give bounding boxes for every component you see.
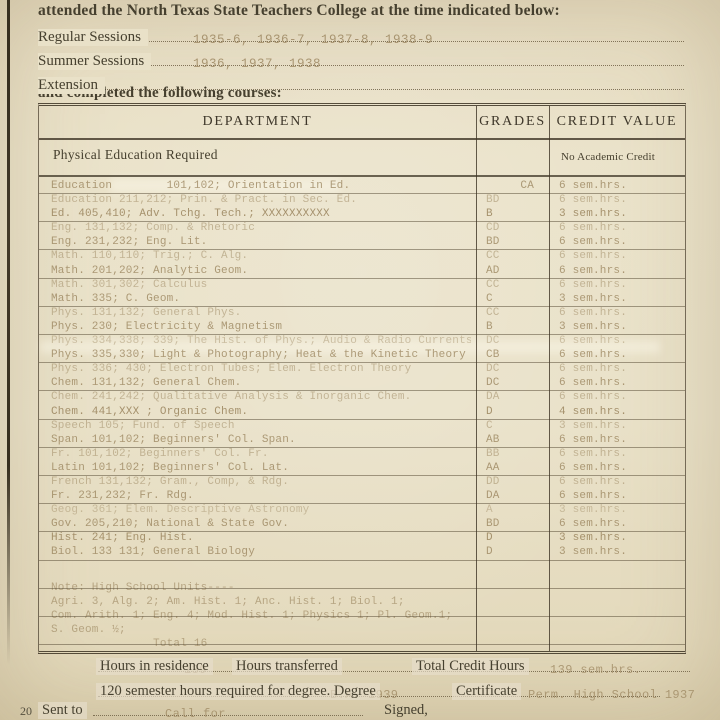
department-cell: Math. 110,110; Trig.; C. Alg. xyxy=(51,249,471,263)
table-row: Phys. 334,338; 339; The Hist. of Phys.; … xyxy=(39,334,685,348)
grade-cell: AD xyxy=(486,264,546,278)
ruled-line xyxy=(39,221,685,222)
header-line: attended the North Texas State Teachers … xyxy=(38,2,560,20)
table-row: Gov. 205,210; National & State Gov.BD6 s… xyxy=(39,517,685,531)
department-cell: Gov. 205,210; National & State Gov. xyxy=(51,517,471,531)
table-row: Fr. 231,232; Fr. Rdg.DA6 sem.hrs. xyxy=(39,489,685,503)
table-row: Speech 105; Fund. of SpeechC3 sem.hrs. xyxy=(39,419,685,433)
table-row: Math. 201,202; Analytic Geom.AD6 sem.hrs… xyxy=(39,264,685,278)
table-row: Span. 101,102; Beginners' Col. Span.AB6 … xyxy=(39,433,685,447)
ruled-line xyxy=(39,362,685,363)
table-row: Math. 110,110; Trig.; C. Alg.CC6 sem.hrs… xyxy=(39,249,685,263)
grade-cell: DC xyxy=(486,362,546,376)
department-cell: Education 101,102; Orientation in Ed. xyxy=(51,179,471,193)
credit-cell: 6 sem.hrs. xyxy=(559,433,681,447)
department-cell: Phys. 336; 430; Electron Tubes; Elem. El… xyxy=(51,362,471,376)
credit-cell: 3 sem.hrs. xyxy=(559,419,681,433)
credit-cell: 3 sem.hrs. xyxy=(559,207,681,221)
ruled-line xyxy=(39,588,685,589)
grade-cell: DA xyxy=(486,390,546,404)
pe-credit: No Academic Credit xyxy=(561,151,655,163)
page-number: 20 xyxy=(20,704,32,719)
credit-cell: 6 sem.hrs. xyxy=(559,517,681,531)
credit-cell: 6 sem.hrs. xyxy=(559,193,681,207)
department-cell: Chem. 131,132; General Chem. xyxy=(51,376,471,390)
department-cell: Eng. 231,232; Eng. Lit. xyxy=(51,235,471,249)
ruled-line xyxy=(39,447,685,448)
table-row: Chem. 241,242; Qualitative Analysis & In… xyxy=(39,390,685,404)
sent-to-line: Sent to Call for Signed, xyxy=(38,699,700,720)
ruled-line xyxy=(39,306,685,307)
table-row: Phys. 336; 430; Electron Tubes; Elem. El… xyxy=(39,362,685,376)
credit-cell: 3 sem.hrs. xyxy=(559,545,681,559)
grade-cell: DC xyxy=(486,334,546,348)
column-divider xyxy=(549,106,550,651)
department-cell: Phys. 334,338; 339; The Hist. of Phys.; … xyxy=(51,334,471,348)
credit-cell: 6 sem.hrs. xyxy=(559,376,681,390)
grade-cell: C xyxy=(486,419,546,433)
scan-edge-line xyxy=(7,0,10,665)
grade-cell: DC xyxy=(486,376,546,390)
credit-cell: 6 sem.hrs. xyxy=(559,221,681,235)
department-cell: Chem. 441,XXX ; Organic Chem. xyxy=(51,405,471,419)
grade-cell: B xyxy=(486,207,546,221)
grade-cell: D xyxy=(486,405,546,419)
credit-cell: 6 sem.hrs. xyxy=(559,235,681,249)
credit-column-header: CREDIT VALUE xyxy=(549,114,685,130)
department-column-header: DEPARTMENT xyxy=(39,114,476,130)
table-row: Latin 101,102; Beginners' Col. Lat.AA6 s… xyxy=(39,461,685,475)
table-row: Hist. 241; Eng. Hist.D3 sem.hrs. xyxy=(39,531,685,545)
credit-cell: 6 sem.hrs. xyxy=(559,390,681,404)
department-cell: Phys. 131,132; General Phys. xyxy=(51,306,471,320)
department-cell: Phys. 335,330; Light & Photography; Heat… xyxy=(51,348,471,362)
department-cell: Ed. 405,410; Adv. Tchg. Tech.; XXXXXXXXX… xyxy=(51,207,471,221)
note-line: Agri. 3, Alg. 2; Am. Hist. 1; Anc. Hist.… xyxy=(39,595,685,609)
ruled-line xyxy=(39,419,685,420)
grade-cell: CC xyxy=(486,249,546,263)
table-row: Biol. 133 131; General BiologyD3 sem.hrs… xyxy=(39,545,685,559)
ruled-line xyxy=(39,390,685,391)
department-cell: Math. 201,202; Analytic Geom. xyxy=(51,264,471,278)
table-header: DEPARTMENT GRADES CREDIT VALUE xyxy=(39,106,685,140)
table-row: Math. 335; C. Geom.C3 sem.hrs. xyxy=(39,292,685,306)
column-divider xyxy=(476,106,477,651)
credit-cell: 6 sem.hrs. xyxy=(559,179,681,193)
hours-residence-label: Hours in residence xyxy=(96,658,213,675)
session-field-row: Summer Sessions1936, 1937, 1938 xyxy=(38,48,700,72)
ruled-line xyxy=(39,475,685,476)
department-cell: Biol. 133 131; General Biology xyxy=(51,545,471,559)
grade-cell: CA xyxy=(486,179,546,193)
scanned-transcript-page: { "header": { "line1": "attended the Nor… xyxy=(0,0,720,720)
table-row: Phys. 131,132; General Phys.CC6 sem.hrs. xyxy=(39,306,685,320)
credit-cell: 6 sem.hrs. xyxy=(559,489,681,503)
ruled-line xyxy=(39,616,685,617)
credit-cell: 6 sem.hrs. xyxy=(559,306,681,320)
certificate-label: Certificate xyxy=(452,683,521,700)
signed-label: Signed, xyxy=(380,702,432,719)
table-row: Fr. 101,102; Beginners' Col. Fr.BB6 sem.… xyxy=(39,447,685,461)
department-cell: Education 211,212; Prin. & Pract. in Sec… xyxy=(51,193,471,207)
department-cell: Hist. 241; Eng. Hist. xyxy=(51,531,471,545)
grade-cell: CD xyxy=(486,221,546,235)
table-row: Eng. 231,232; Eng. Lit.BD6 sem.hrs. xyxy=(39,235,685,249)
grade-cell: AA xyxy=(486,461,546,475)
course-table: DEPARTMENT GRADES CREDIT VALUE Physical … xyxy=(38,103,686,654)
table-row: Chem. 441,XXX ; Organic Chem.D4 sem.hrs. xyxy=(39,405,685,419)
hours-transferred-label: Hours transferred xyxy=(232,658,342,675)
credit-cell: 6 sem.hrs. xyxy=(559,334,681,348)
credit-cell: 3 sem.hrs. xyxy=(559,292,681,306)
sent-to-value: Call for xyxy=(165,707,226,720)
grade-cell: D xyxy=(486,545,546,559)
sent-to-label: Sent to xyxy=(38,702,87,719)
ruled-line xyxy=(39,249,685,250)
certificate-value: Perm. High School 1937 xyxy=(528,688,695,702)
dotted-leader xyxy=(93,715,363,716)
grade-cell: A xyxy=(486,503,546,517)
credit-cell: 6 sem.hrs. xyxy=(559,249,681,263)
ruled-line xyxy=(39,503,685,504)
table-row: Phys. 230; Electricity & MagnetismB3 sem… xyxy=(39,320,685,334)
department-cell: Chem. 241,242; Qualitative Analysis & In… xyxy=(51,390,471,404)
credit-cell: 6 sem.hrs. xyxy=(559,447,681,461)
pe-label: Physical Education Required xyxy=(53,147,218,163)
table-row: French 131,132; Gram., Comp, & Rdg.DD6 s… xyxy=(39,475,685,489)
field-label: Extension xyxy=(38,77,105,94)
table-row: Eng. 131,132; Comp. & RhetoricCD6 sem.hr… xyxy=(39,221,685,235)
degree-label: 120 semester hours required for degree. … xyxy=(96,683,380,700)
department-cell: Phys. 230; Electricity & Magnetism xyxy=(51,320,471,334)
grade-cell: BD xyxy=(486,517,546,531)
credit-cell: 4 sem.hrs. xyxy=(559,405,681,419)
table-row: Geog. 361; Elem. Descriptive AstronomyA3… xyxy=(39,503,685,517)
ruled-line xyxy=(39,531,685,532)
grade-cell: B xyxy=(486,320,546,334)
field-value: 1936, 1937, 1938 xyxy=(193,57,321,71)
ruled-line xyxy=(39,334,685,335)
grade-cell: C xyxy=(486,292,546,306)
physical-education-row: Physical Education Required No Academic … xyxy=(39,138,685,177)
grade-cell: CC xyxy=(486,278,546,292)
table-row: Ed. 405,410; Adv. Tchg. Tech.; XXXXXXXXX… xyxy=(39,207,685,221)
table-row: Education 211,212; Prin. & Pract. in Sec… xyxy=(39,193,685,207)
table-row: Chem. 131,132; General Chem.DC6 sem.hrs. xyxy=(39,376,685,390)
department-cell: Math. 335; C. Geom. xyxy=(51,292,471,306)
credit-cell: 6 sem.hrs. xyxy=(559,264,681,278)
department-cell: French 131,132; Gram., Comp, & Rdg. xyxy=(51,475,471,489)
ruled-line xyxy=(39,560,685,561)
credit-cell: 6 sem.hrs. xyxy=(559,461,681,475)
department-cell: Latin 101,102; Beginners' Col. Lat. xyxy=(51,461,471,475)
department-cell: Span. 101,102; Beginners' Col. Span. xyxy=(51,433,471,447)
grade-cell: DA xyxy=(486,489,546,503)
credit-cell: 6 sem.hrs. xyxy=(559,278,681,292)
grades-column-header: GRADES xyxy=(476,114,549,130)
grade-cell: DD xyxy=(486,475,546,489)
grade-cell: CC xyxy=(486,306,546,320)
credit-cell: 6 sem.hrs. xyxy=(559,362,681,376)
total-credit-hours-value: 139 sem.hrs. xyxy=(550,663,641,677)
field-label: Summer Sessions xyxy=(38,53,151,70)
department-cell: Math. 301,302; Calculus xyxy=(51,278,471,292)
department-cell: Geog. 361; Elem. Descriptive Astronomy xyxy=(51,503,471,517)
credit-cell: 6 sem.hrs. xyxy=(559,348,681,362)
table-row: Education 101,102; Orientation in Ed.CA6… xyxy=(39,179,685,193)
field-label: Regular Sessions xyxy=(38,29,148,46)
hours-line: Hours in residence 139 Hours transferred… xyxy=(38,655,700,677)
department-cell: Fr. 101,102; Beginners' Col. Fr. xyxy=(51,447,471,461)
grade-cell: AB xyxy=(486,433,546,447)
degree-line: 120 semester hours required for degree. … xyxy=(38,680,700,702)
ruled-line xyxy=(39,278,685,279)
grade-cell: BB xyxy=(486,447,546,461)
credit-cell: 6 sem.hrs. xyxy=(559,475,681,489)
table-row: Phys. 335,330; Light & Photography; Heat… xyxy=(39,348,685,362)
field-value: 1935-6, 1936-7, 1937-8, 1938-9 xyxy=(193,33,433,47)
session-field-row: Regular Sessions1935-6, 1936-7, 1937-8, … xyxy=(38,24,700,48)
grade-cell: BD xyxy=(486,193,546,207)
credit-cell: 3 sem.hrs. xyxy=(559,531,681,545)
department-cell: Eng. 131,132; Comp. & Rhetoric xyxy=(51,221,471,235)
department-cell: Fr. 231,232; Fr. Rdg. xyxy=(51,489,471,503)
ruled-line xyxy=(39,193,685,194)
credit-cell: 3 sem.hrs. xyxy=(559,503,681,517)
grade-cell: BD xyxy=(486,235,546,249)
department-cell: Speech 105; Fund. of Speech xyxy=(51,419,471,433)
credit-cell: 3 sem.hrs. xyxy=(559,320,681,334)
table-body: Education 101,102; Orientation in Ed.CA6… xyxy=(39,175,685,651)
table-row: Math. 301,302; CalculusCC6 sem.hrs. xyxy=(39,278,685,292)
total-credit-hours-label: Total Credit Hours xyxy=(412,658,529,675)
note-line: S. Geom. ½; xyxy=(39,623,685,637)
ruled-line xyxy=(39,644,685,645)
grade-cell: CB xyxy=(486,348,546,362)
grade-cell: D xyxy=(486,531,546,545)
